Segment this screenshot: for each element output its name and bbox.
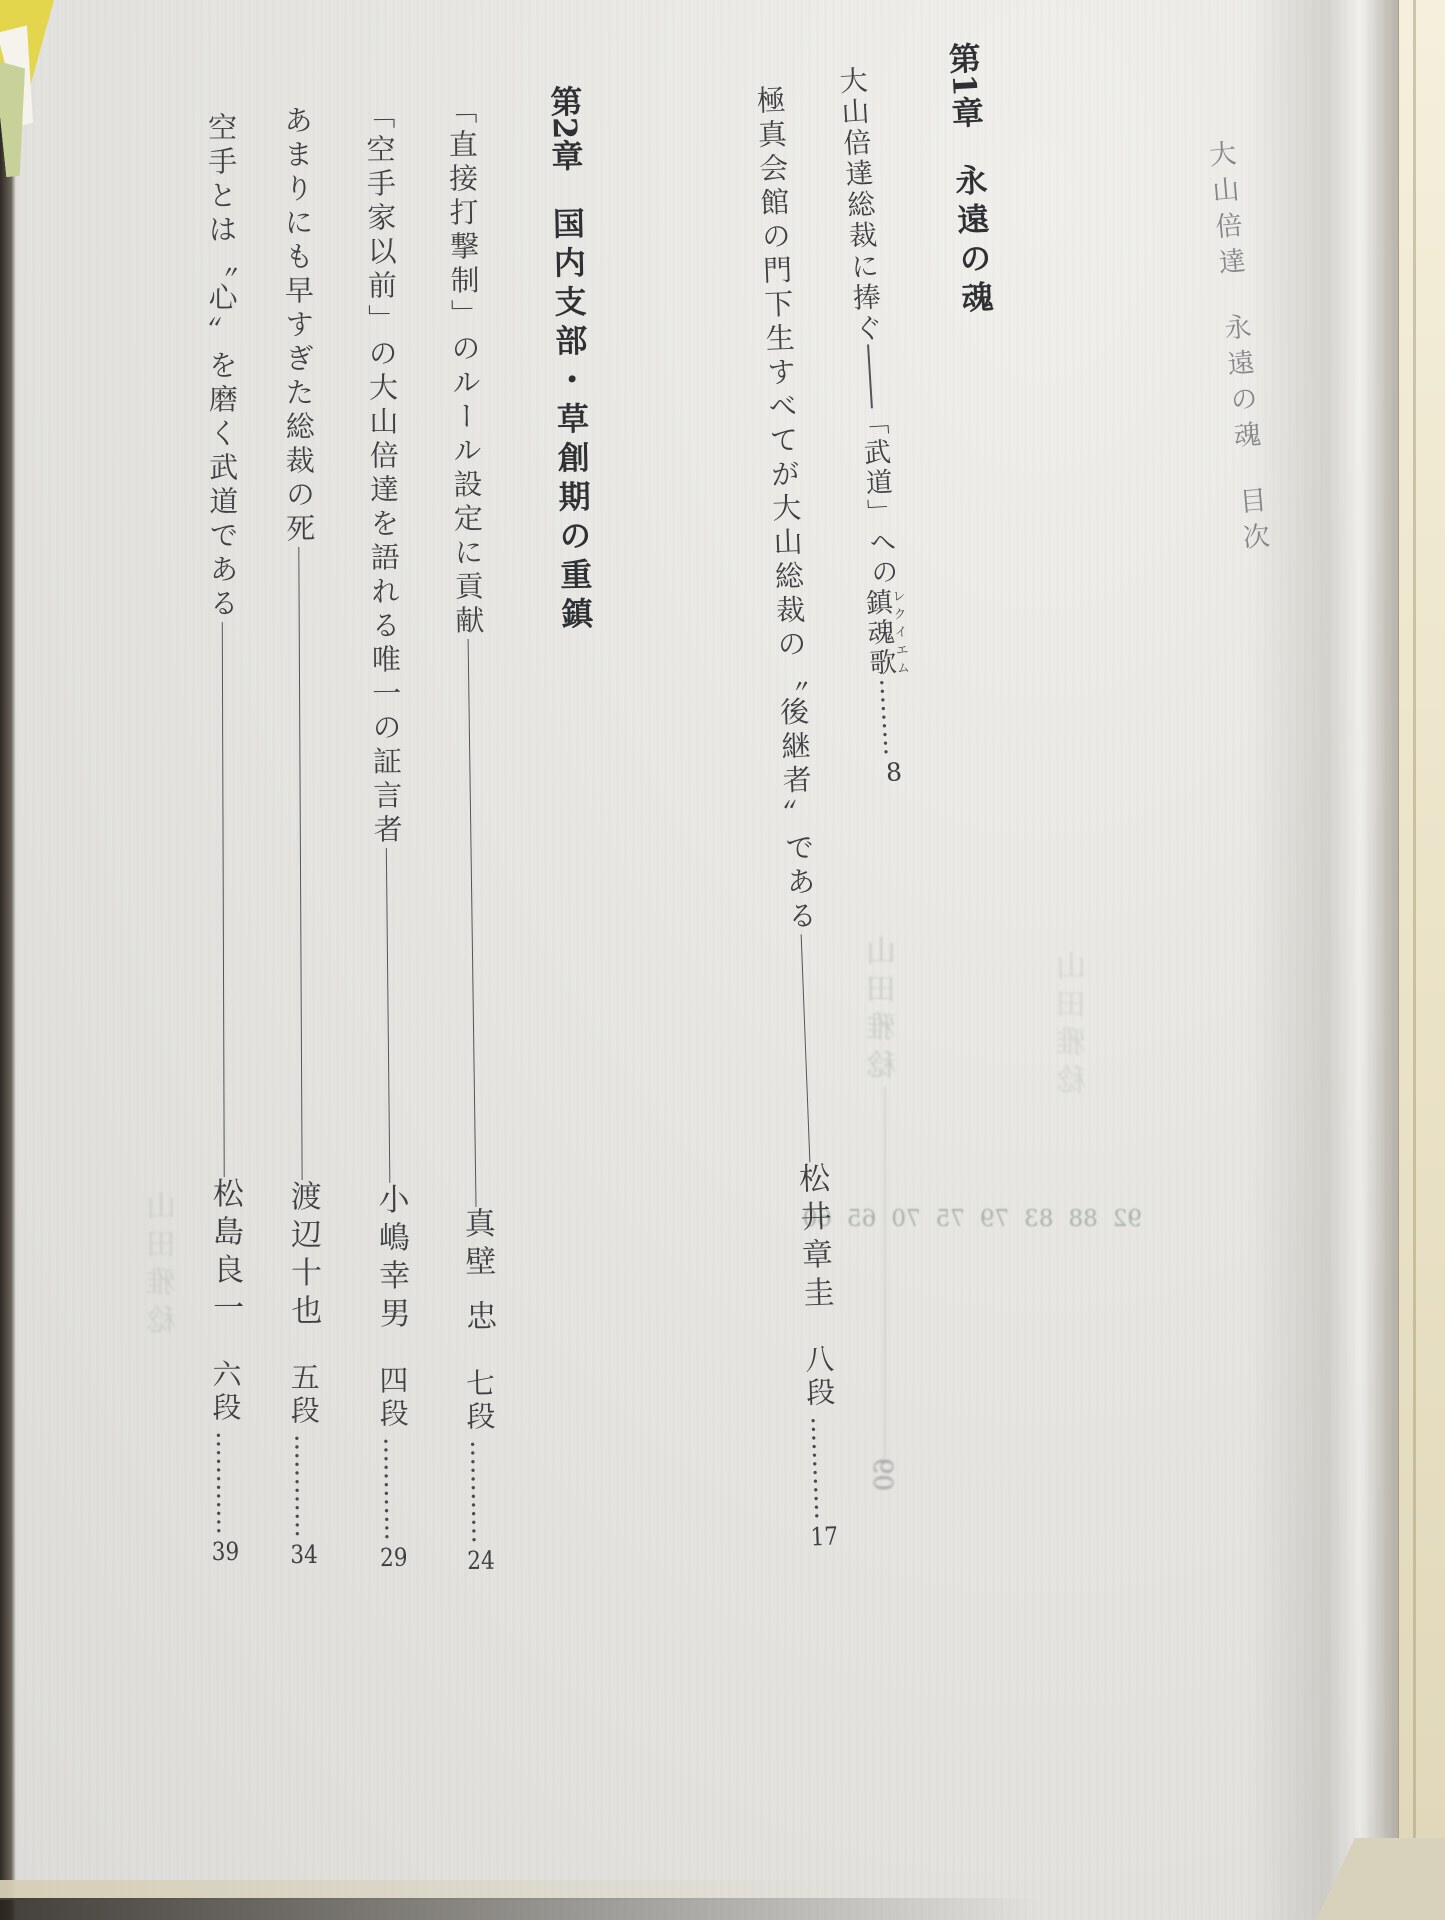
page-curl-shadow: [1248, 0, 1400, 1920]
entry-title: 空手とは〝心〞を磨く武道である: [206, 112, 237, 622]
entry-rank: 七段: [464, 1368, 494, 1434]
entry-rank: 四段: [377, 1365, 407, 1431]
leader-rule: [800, 934, 810, 1162]
leader-rule: [467, 639, 476, 1207]
entry-rank: 八段: [802, 1344, 834, 1411]
chapter-title: 国内支部・草創期の重鎮: [551, 207, 592, 637]
dot-leader: …………: [380, 1437, 407, 1541]
leader-rule: [298, 547, 303, 1180]
ghost-bleedthrough-column: 山田雅稔: [150, 1190, 180, 1620]
dot-leader: …………: [212, 1431, 238, 1535]
entry-rank: 五段: [289, 1362, 318, 1428]
page-number: 24: [468, 1548, 493, 1573]
table-shadow: [0, 1898, 1445, 1920]
entry-title-continued: 「武道」への: [858, 408, 896, 589]
requiem-ruby: 鎮魂歌レクイエム: [862, 587, 909, 679]
entry-title: 「空手家以前」の大山倍達を語れる唯一の証言者: [364, 100, 401, 848]
entry-title: あまりにも早すぎた総裁の死: [282, 105, 313, 547]
ghost-bleedthrough-column: 山田雅稔: [1060, 950, 1090, 1430]
chapter-label: 第1章: [946, 41, 982, 129]
entry-title: 「直接打撃制」のルール設定に貢献: [446, 95, 483, 639]
leader-rule: [867, 344, 872, 408]
dot-leader: …………: [290, 1434, 317, 1538]
page-number: 17: [811, 1523, 837, 1549]
page-number: 8: [881, 759, 907, 785]
page-stack-edge-right: [1398, 0, 1445, 1920]
dot-leader: …………: [807, 1416, 837, 1521]
toc-entry: 空手とは〝心〞を磨く武道である 松島良一 六段 ………… 39: [205, 112, 241, 1564]
entry-author: 松島良一: [209, 1177, 241, 1329]
book-gutter-shadow: [0, 0, 16, 1920]
entry-author: 松井章圭: [794, 1162, 831, 1315]
chapter-label: 第2章: [548, 85, 582, 172]
entry-rank: 六段: [210, 1359, 239, 1425]
entry-author: 小嶋幸男: [374, 1183, 407, 1335]
dot-leader: ………: [875, 677, 906, 756]
ghost-bleedthrough-numbers: 9288837975706560: [842, 1206, 1142, 1232]
page-number: 39: [213, 1539, 238, 1564]
entry-author: 渡辺十也: [287, 1180, 319, 1332]
book-photo: 山田雅稔 60 山田雅稔 山田雅稔 9288837975706560 大山倍達 …: [0, 0, 1445, 1920]
page-stack-edge-line: [1413, 0, 1416, 1920]
toc-entry: あまりにも早すぎた総裁の死 渡辺十也 五段 ………… 34: [281, 105, 320, 1567]
leader-rule: [222, 622, 225, 1177]
chapter-title: 永遠の魂: [952, 163, 992, 320]
leader-rule: [386, 848, 391, 1183]
page-bottom-edge: [0, 1880, 1445, 1900]
page-number: 34: [292, 1542, 317, 1567]
dot-leader: …………: [466, 1440, 493, 1544]
entry-author: 真壁 忠: [461, 1207, 494, 1338]
page-number: 29: [381, 1545, 406, 1570]
